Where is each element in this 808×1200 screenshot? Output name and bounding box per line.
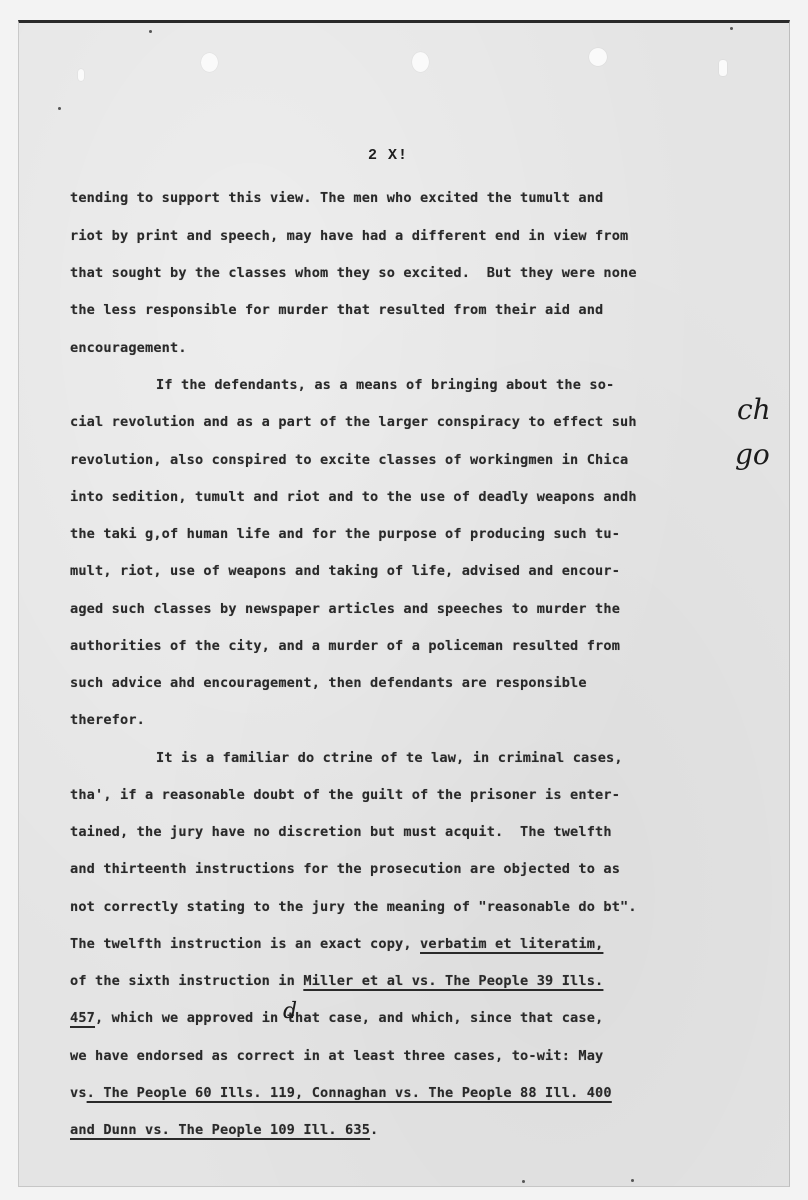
underlined-citation: and Dunn vs. The People 109 Ill. 635: [70, 1122, 370, 1138]
text-line: authorities of the city, and a murder of…: [70, 637, 620, 655]
text-line: into sedition, tumult and riot and to th…: [70, 488, 637, 506]
text-line: revolution, also conspired to excite cla…: [70, 451, 628, 469]
punch-hole: [78, 69, 84, 81]
text-line: not correctly stating to the jury the me…: [70, 898, 637, 916]
text-line: tending to support this view. The men wh…: [70, 189, 603, 207]
text-line: It is a familiar do ctrine of te law, in…: [156, 749, 623, 767]
text-line: such advice ahd encouragement, then defe…: [70, 674, 587, 692]
handwritten-correction: go: [735, 441, 770, 469]
ink-speck: [730, 27, 733, 30]
text-span: we have endorsed as correct in at least …: [70, 1048, 603, 1064]
page-number: 2 X!: [368, 147, 408, 164]
punch-hole: [201, 53, 218, 72]
handwritten-correction: ch: [737, 396, 771, 424]
text-line: encouragement.: [70, 339, 187, 357]
text-line: of the sixth instruction in Miller et al…: [70, 972, 603, 990]
text-span: , which we approved in that case, and wh…: [95, 1010, 603, 1026]
text-span: .: [370, 1122, 378, 1138]
underlined-citation: . The People 60 Ills. 119, Connaghan vs.…: [87, 1085, 612, 1101]
text-span: The twelfth instruction is an exact copy…: [70, 936, 420, 952]
text-line: The twelfth instruction is an exact copy…: [70, 935, 603, 953]
text-span: vs: [70, 1085, 87, 1101]
underlined-citation: 457: [70, 1010, 95, 1026]
punch-hole: [589, 48, 607, 66]
scanned-page: 2 X! tending to support this view. The m…: [0, 0, 808, 1200]
punch-hole: [412, 52, 429, 72]
text-span: of the sixth instruction in: [70, 973, 303, 989]
punch-hole: [719, 60, 727, 76]
text-line: tained, the jury have no discretion but …: [70, 823, 612, 841]
text-line: that sought by the classes whom they so …: [70, 264, 637, 282]
text-line: cial revolution and as a part of the lar…: [70, 413, 637, 431]
text-line: vs. The People 60 Ills. 119, Connaghan v…: [70, 1084, 612, 1102]
underlined-citation: verbatim et literatim,: [420, 936, 603, 952]
text-line: tha', if a reasonable doubt of the guilt…: [70, 786, 620, 804]
text-line: mult, riot, use of weapons and taking of…: [70, 562, 620, 580]
ink-speck: [149, 30, 152, 33]
text-line: the less responsible for murder that res…: [70, 301, 603, 319]
text-line: aged such classes by newspaper articles …: [70, 600, 620, 618]
underlined-citation: Miller et al vs. The People 39 Ills.: [303, 973, 603, 989]
text-line: we have endorsed as correct in at least …: [70, 1047, 603, 1065]
text-line: and Dunn vs. The People 109 Ill. 635.: [70, 1121, 378, 1139]
text-line: riot by print and speech, may have had a…: [70, 227, 628, 245]
text-line: If the defendants, as a means of bringin…: [156, 376, 614, 394]
handwritten-correction: d: [283, 998, 297, 1026]
ink-speck: [631, 1179, 634, 1182]
text-line: the taki g,of human life and for the pur…: [70, 525, 620, 543]
text-line: therefor.: [70, 711, 145, 729]
text-line: 457, which we approved in that case, and…: [70, 1009, 603, 1027]
text-line: and thirteenth instructions for the pros…: [70, 860, 620, 878]
ink-speck: [58, 107, 61, 110]
ink-speck: [522, 1180, 525, 1183]
